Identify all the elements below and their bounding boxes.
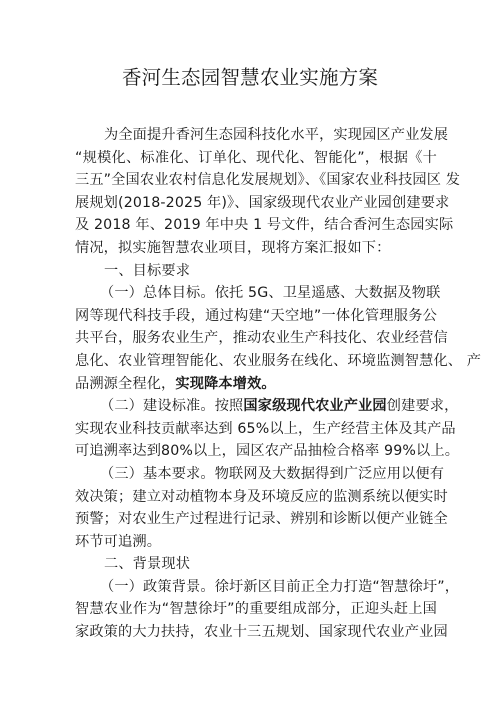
paragraph-standard-line-2: 实现农业科技贡献率达到 65%以上，生产经营主体及其产品 — [75, 418, 437, 441]
paragraph-overall-goal-line-4: 息化、农业管理智能化、农业服务在线化、环境监测智慧化、 产 — [75, 350, 437, 373]
paragraph-policy-line-3: 家政策的大力扶持，农业十三五规划、国家现代农业产业园 — [75, 621, 437, 644]
text-run: 创建要求， — [387, 398, 459, 414]
paragraph-intro-line-5: 及 2018 年、2019 年中央 1 号文件，结合香河生态园实际 — [75, 214, 437, 237]
paragraph-intro-line-2: “规模化、标准化、订单化、现代化、智能化”，根据《十 — [75, 147, 437, 170]
document-title: 香河生态园智慧农业实施方案 — [0, 62, 500, 90]
paragraph-basic-req-line-3: 预警；对农业生产过程进行记录、辨别和诊断以便产业链全 — [75, 508, 437, 531]
text-run: 品溯源全程化， — [75, 376, 175, 392]
document-page: 香河生态园智慧农业实施方案 为全面提升香河生态园科技化水平，实现园区产业发展 “… — [0, 0, 500, 707]
section-heading-goals: 一、目标要求 — [75, 260, 437, 283]
text-run: （二）建设标准。按照 — [100, 398, 243, 414]
paragraph-overall-goal-line-2: 网等现代科技手段，通过构建“天空地”一体化管理服务公 — [75, 305, 437, 328]
paragraph-intro-line-3: 三五”全国农业农村信息化发展规划》、《国家农业科技园区 发 — [75, 169, 437, 192]
paragraph-intro-line-6: 情况，拟实施智慧农业项目，现将方案汇报如下： — [75, 237, 437, 260]
paragraph-basic-req-line-4: 环节可追溯。 — [75, 531, 437, 554]
paragraph-basic-req-line-1: （三）基本要求。物联网及大数据得到广泛应用以便有 — [75, 463, 437, 486]
paragraph-overall-goal-line-1: （一）总体目标。依托 5G、卫星遥感、大数据及物联 — [75, 282, 437, 305]
paragraph-basic-req-line-2: 效决策；建立对动植物本身及环境反应的监测系统以便实时 — [75, 486, 437, 509]
paragraph-standard-line-1: （二）建设标准。按照国家级现代农业产业园创建要求， — [75, 395, 437, 418]
paragraph-overall-goal-line-3: 共平台，服务农业生产，推动农业生产科技化、农业经营信 — [75, 327, 437, 350]
section-heading-background: 二、背景现状 — [75, 553, 437, 576]
paragraph-intro-line-4: 展规划(2018-2025 年)》、国家级现代农业产业园创建要求 — [75, 192, 437, 215]
bold-text-run: 实现降本增效。 — [175, 376, 275, 392]
paragraph-intro-line-1: 为全面提升香河生态园科技化水平，实现园区产业发展 — [75, 124, 437, 147]
paragraph-standard-line-3: 可追溯率达到80%以上，园区农产品抽检合格率 99%以上。 — [75, 440, 437, 463]
paragraph-policy-line-2: 智慧农业作为“智慧徐圩”的重要组成部分，正迎头赶上国 — [75, 598, 437, 621]
document-body: 为全面提升香河生态园科技化水平，实现园区产业发展 “规模化、标准化、订单化、现代… — [75, 124, 437, 644]
bold-text-run: 国家级现代农业产业园 — [243, 398, 386, 414]
paragraph-policy-line-1: （一）政策背景。徐圩新区目前正全力打造“智慧徐圩”， — [75, 576, 437, 599]
paragraph-overall-goal-line-5: 品溯源全程化，实现降本增效。 — [75, 373, 437, 396]
